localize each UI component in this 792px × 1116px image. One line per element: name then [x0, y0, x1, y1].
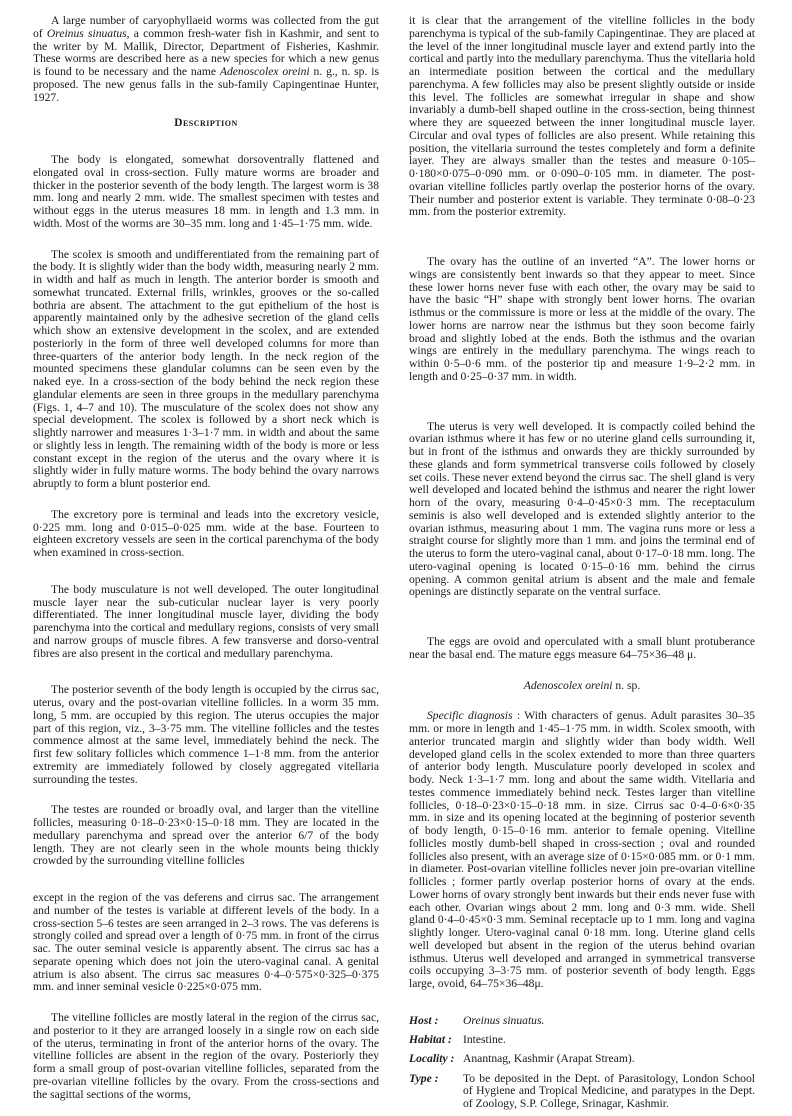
paragraph-vitelline-follicles: The vitelline follicles are mostly later… — [33, 1012, 379, 1101]
metadata-label-habitat: Habitat : — [409, 1034, 463, 1047]
genus-species-name: Adenoscolex oreini — [220, 65, 310, 78]
host-species-name: Oreinus sinuatus — [47, 27, 127, 40]
paragraph-posterior-seventh: The posterior seventh of the body length… — [33, 684, 379, 786]
metadata-value-locality: Anantnag, Kashmir (Arapat Stream). — [463, 1053, 755, 1066]
metadata-label-host: Host : — [409, 1015, 463, 1028]
section-heading-description: Description — [33, 117, 379, 130]
specific-diagnosis: Specific diagnosis : With characters of … — [409, 710, 755, 991]
metadata-value-host: Oreinus sinuatus. — [463, 1015, 755, 1028]
diagnosis-label: Specific diagnosis — [427, 709, 513, 722]
paragraph-uterus: The uterus is very well developed. It is… — [409, 421, 755, 600]
paragraph-scolex: The scolex is smooth and undifferentiate… — [33, 249, 379, 491]
metadata-row-host: Host : Oreinus sinuatus. — [409, 1015, 755, 1028]
species-heading-name: Adenoscolex oreini — [524, 679, 613, 692]
metadata-row-type: Type : To be deposited in the Dept. of P… — [409, 1073, 755, 1111]
paragraph-vitelline-continued: it is clear that the arrangement of the … — [409, 15, 755, 219]
paragraph-musculature: The body musculature is not well develop… — [33, 584, 379, 661]
paragraph-excretory: The excretory pore is terminal and leads… — [33, 509, 379, 560]
paragraph-testes: The testes are rounded or broadly oval, … — [33, 804, 379, 868]
paragraph-ovary: The ovary has the outline of an inverted… — [409, 256, 755, 384]
diagnosis-text: With characters of genus. Adult parasite… — [409, 709, 755, 990]
metadata-row-locality: Locality : Anantnag, Kashmir (Arapat Str… — [409, 1053, 755, 1066]
metadata-value-type: To be deposited in the Dept. of Parasito… — [463, 1073, 755, 1111]
paragraph-eggs: The eggs are ovoid and operculated with … — [409, 636, 755, 662]
right-column: it is clear that the arrangement of the … — [409, 15, 755, 1116]
paragraph-body-shape: The body is elongated, somewhat dorsoven… — [33, 154, 379, 231]
metadata-row-habitat: Habitat : Intestine. — [409, 1034, 755, 1047]
intro-paragraph: A large number of caryophyllaeid worms w… — [33, 15, 379, 104]
specimen-metadata: Host : Oreinus sinuatus. Habitat : Intes… — [409, 1015, 755, 1111]
diagnosis-separator: : — [513, 709, 525, 722]
left-column: A large number of caryophyllaeid worms w… — [33, 15, 379, 1101]
species-heading-suffix: n. sp. — [613, 679, 641, 692]
metadata-value-habitat: Intestine. — [463, 1034, 755, 1047]
species-heading: Adenoscolex oreini n. sp. — [409, 680, 755, 693]
metadata-label-locality: Locality : — [409, 1053, 463, 1066]
paragraph-vas-deferens: except in the region of the vas deferens… — [33, 892, 379, 994]
metadata-label-type: Type : — [409, 1073, 463, 1111]
